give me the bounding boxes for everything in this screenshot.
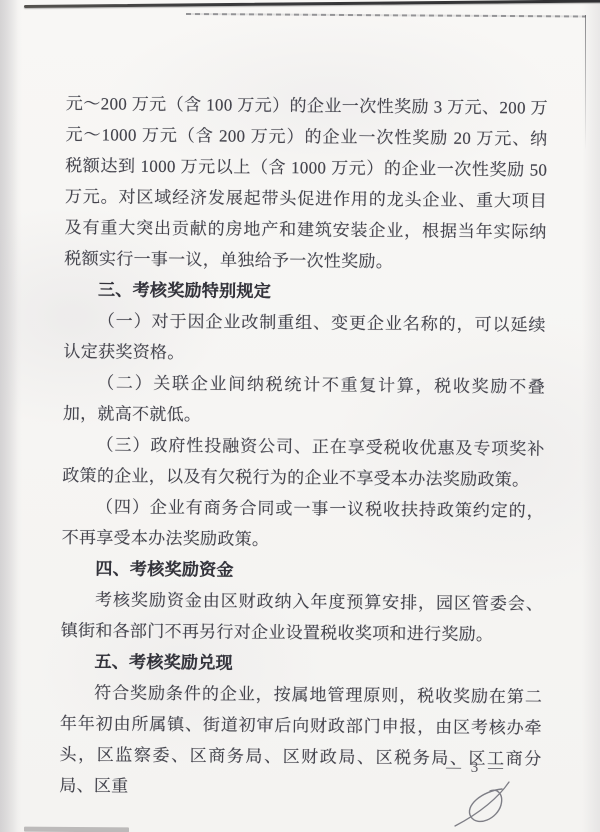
paragraph-item-2: （二）关联企业间纳税统计不重复计算，税收奖励不叠加，就高不就低。 [63,367,546,434]
scanned-document-page: 元～200 万元（含 100 万元）的企业一次性奖励 3 万元、200 万元～1… [0,0,600,832]
document-body: 元～200 万元（含 100 万元）的企业一次性奖励 3 万元、200 万元～1… [59,88,548,806]
section-heading-5: 五、考核奖励兑现 [60,646,542,682]
handwritten-loop-icon [449,780,515,828]
paragraph-reward-tiers: 元～200 万元（含 100 万元）的企业一次性奖励 3 万元、200 万元～1… [64,88,548,279]
page-number: — 3 — [446,760,556,778]
section-heading-4: 四、考核奖励资金 [61,553,543,589]
scan-left-shadow [0,0,18,832]
section-heading-3: 三、考核奖励特别规定 [64,274,546,310]
scan-paper-top-edge [186,13,586,17]
paragraph-item-4: （四）企业有商务合同或一事一议税收扶持政策约定的，不再享受本办法奖励政策。 [62,491,545,558]
scan-paper-right-edge [585,15,586,150]
paragraph-item-1: （一）对于因企业改制重组、变更企业名称的，可以延续认定获奖资格。 [63,305,546,372]
paragraph-reward-funds: 考核奖励资金由区财政纳入年度预算安排，园区管委会、镇街和各部门不再另行对企业设置… [61,584,544,651]
paragraph-item-3: （三）政府性投融资公司、正在享受税收优惠及专项奖补政策的企业，以及有欠税行为的企… [62,429,545,496]
scan-bottom-left-artifact [24,827,129,832]
scan-top-edge-line [24,0,600,8]
